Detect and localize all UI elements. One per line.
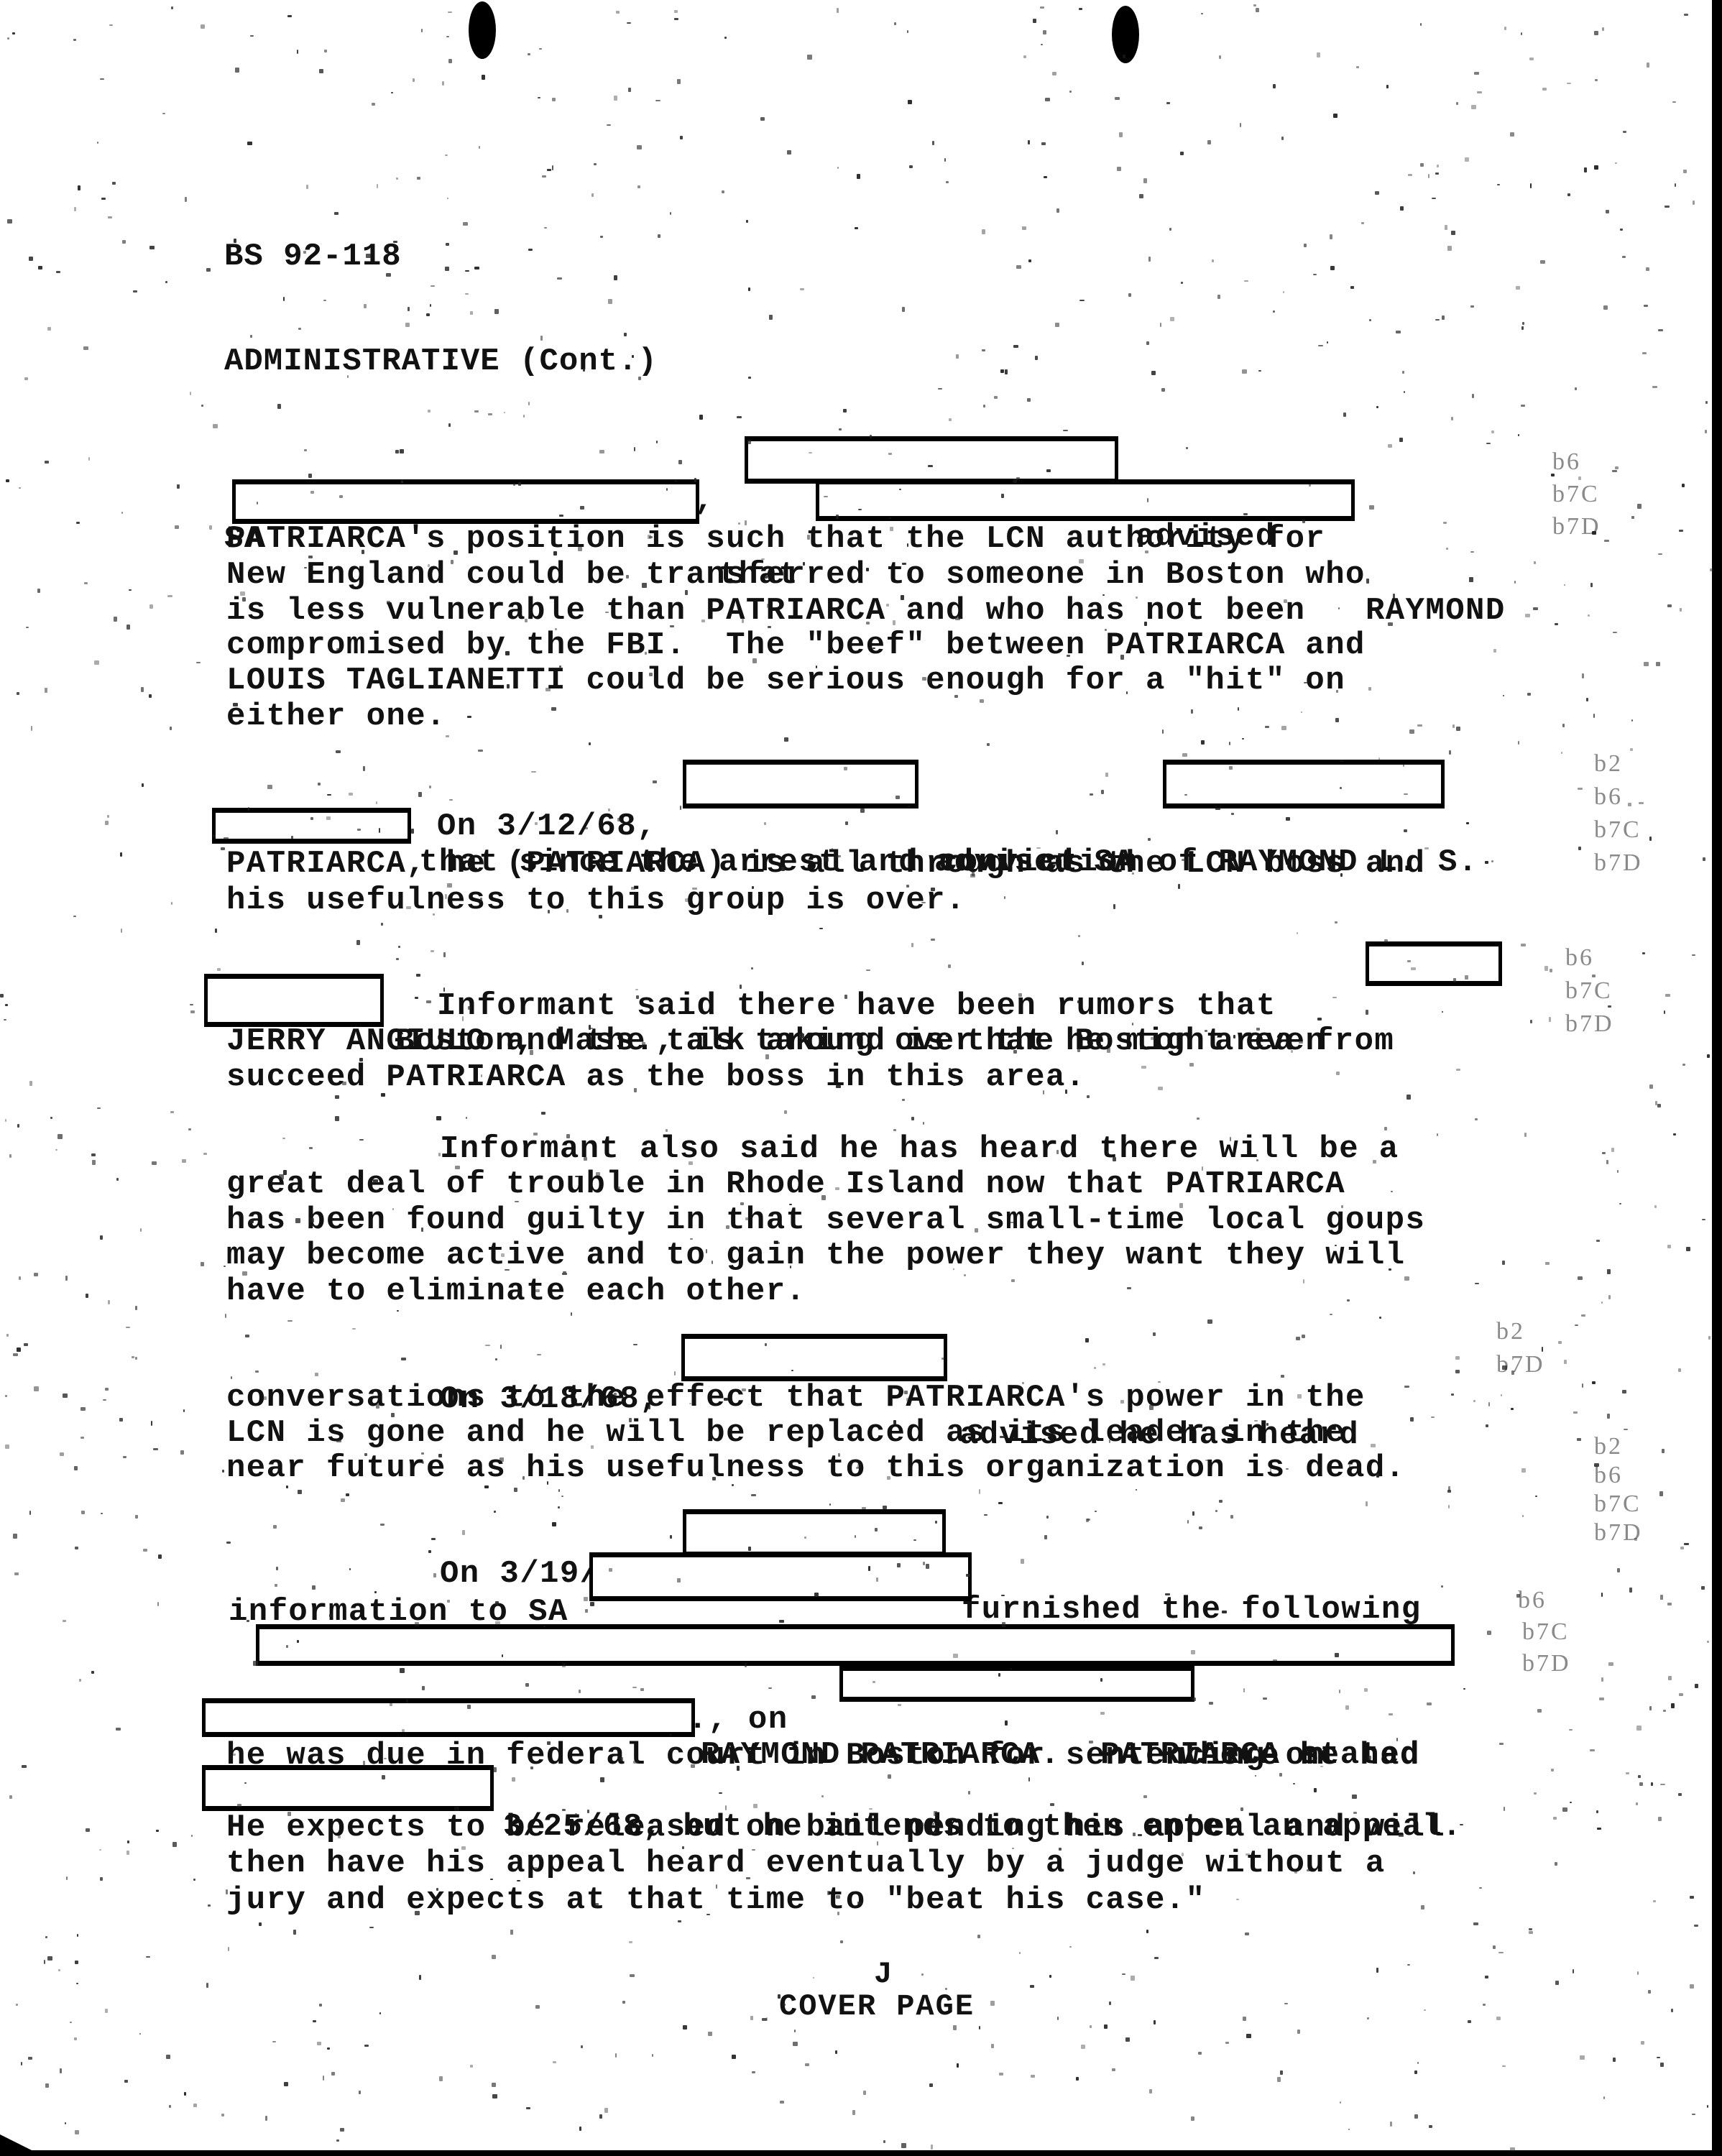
p1-line-6: compromised by the FBI. The "beef" betwe…	[226, 627, 1366, 663]
p1-line-4: New England could be transferred to some…	[226, 557, 1366, 593]
page-letter: J	[874, 1956, 893, 1992]
exemption-code: b7C	[1522, 1616, 1570, 1649]
redaction-box	[202, 1765, 494, 1811]
p1-line-2: SA that RAYMOND	[0, 485, 120, 665]
p2-line-2: that since the arrest and conviction of …	[0, 808, 120, 916]
p1-line-8: either one.	[226, 699, 446, 734]
scan-edge-bottom	[0, 2150, 1722, 2156]
p2-line-3: PATRIARCA, he (PATRIARCA) is all through…	[226, 846, 1425, 882]
p7-line-6: He expects to be released on bail pendin…	[226, 1810, 1445, 1846]
exemption-code: b7D	[1522, 1647, 1571, 1680]
p5-line-4: near future as his usefulness to this or…	[226, 1450, 1405, 1486]
p7-line-7: then have his appeal heard eventually by…	[226, 1846, 1386, 1881]
exemption-code: b7D	[1565, 1008, 1614, 1041]
p3-line-3: JERRY ANGIULO and the talk around is tha…	[226, 1023, 1325, 1059]
p5-line-2: conversations to the effect that PATRIAR…	[226, 1380, 1366, 1416]
file-number: BS 92-118	[224, 239, 402, 275]
p3-line-4: succeed PATRIARCA as the boss in this ar…	[226, 1059, 1086, 1095]
redaction-box	[204, 974, 384, 1027]
exemption-code: b7C	[1594, 814, 1642, 847]
redaction-box	[589, 1552, 972, 1601]
redaction-box	[202, 1698, 695, 1737]
exemption-code: b2	[1594, 747, 1623, 780]
redaction-box	[816, 479, 1355, 521]
exemption-code: b7C	[1552, 478, 1600, 511]
exemption-code: b7D	[1594, 847, 1643, 880]
p4-line-4: may become active and to gain the power …	[226, 1238, 1405, 1273]
p1-raymond-text: RAYMOND	[1366, 593, 1506, 629]
p3-line-1-text: Informant said there have been rumors th…	[437, 988, 1276, 1024]
redaction-box	[681, 1334, 947, 1381]
p2-date-text: On 3/12/68,	[437, 808, 657, 844]
page-label: COVER PAGE	[779, 1989, 975, 2024]
exemption-code: b7C	[1565, 975, 1613, 1008]
exemption-code: b2	[1496, 1315, 1525, 1348]
p7-line-5: 3/25/68, but he intends to then enter an…	[0, 1773, 120, 1881]
redaction-box	[683, 1509, 946, 1557]
redaction-box	[1163, 760, 1445, 808]
p2-line-4: his usefulness to this group is over.	[226, 883, 966, 918]
redaction-box	[212, 808, 411, 844]
exemption-code: b6	[1518, 1584, 1547, 1617]
redaction-box	[1366, 941, 1502, 986]
document-page: BS 92-118 ADMINISTRATIVE (Cont.) On 3/8,…	[0, 0, 1722, 2156]
p1-line-5: is less vulnerable than PATRIARCA and wh…	[226, 593, 1305, 629]
exemption-code: b6	[1565, 941, 1594, 975]
punch-hole-right	[1112, 6, 1139, 63]
punch-hole-left	[469, 1, 496, 59]
section-heading: ADMINISTRATIVE (Cont.)	[224, 344, 658, 379]
exemption-code: b7D	[1552, 510, 1601, 543]
exemption-code: b6	[1594, 780, 1623, 814]
p4-line-3: has been found guilty in that several sm…	[226, 1202, 1425, 1238]
p5-line-1: On 3/18/68, advised he has heard	[0, 1345, 120, 1489]
p1-line-7: LOUIS TAGLIANETTI could be serious enoug…	[226, 663, 1345, 699]
redaction-box	[745, 436, 1118, 484]
scan-edge-corner	[0, 2134, 43, 2156]
exemption-code: b6	[1552, 446, 1581, 479]
p3-line-2: Boston, Mass., is taking over the Boston…	[0, 987, 120, 1095]
redaction-box	[839, 1666, 1194, 1702]
scan-edge-right	[1712, 0, 1722, 2156]
redaction-box	[683, 760, 918, 808]
p4-line-1: Informant also said he has heard there w…	[440, 1131, 1399, 1167]
p1-line-3: PATRIARCA's position is such that the LC…	[226, 521, 1325, 557]
exemption-code: b7D	[1594, 1516, 1643, 1549]
p5-line-3: LCN is gone and he will be replaced as i…	[226, 1415, 1345, 1451]
exemption-code: b7D	[1496, 1348, 1545, 1381]
p4-line-5: have to eliminate each other.	[226, 1273, 806, 1309]
redaction-box	[232, 479, 699, 524]
p4-line-2: great deal of trouble in Rhode Island no…	[226, 1166, 1345, 1202]
p6-furnished-text: furnished the following	[962, 1592, 1422, 1628]
